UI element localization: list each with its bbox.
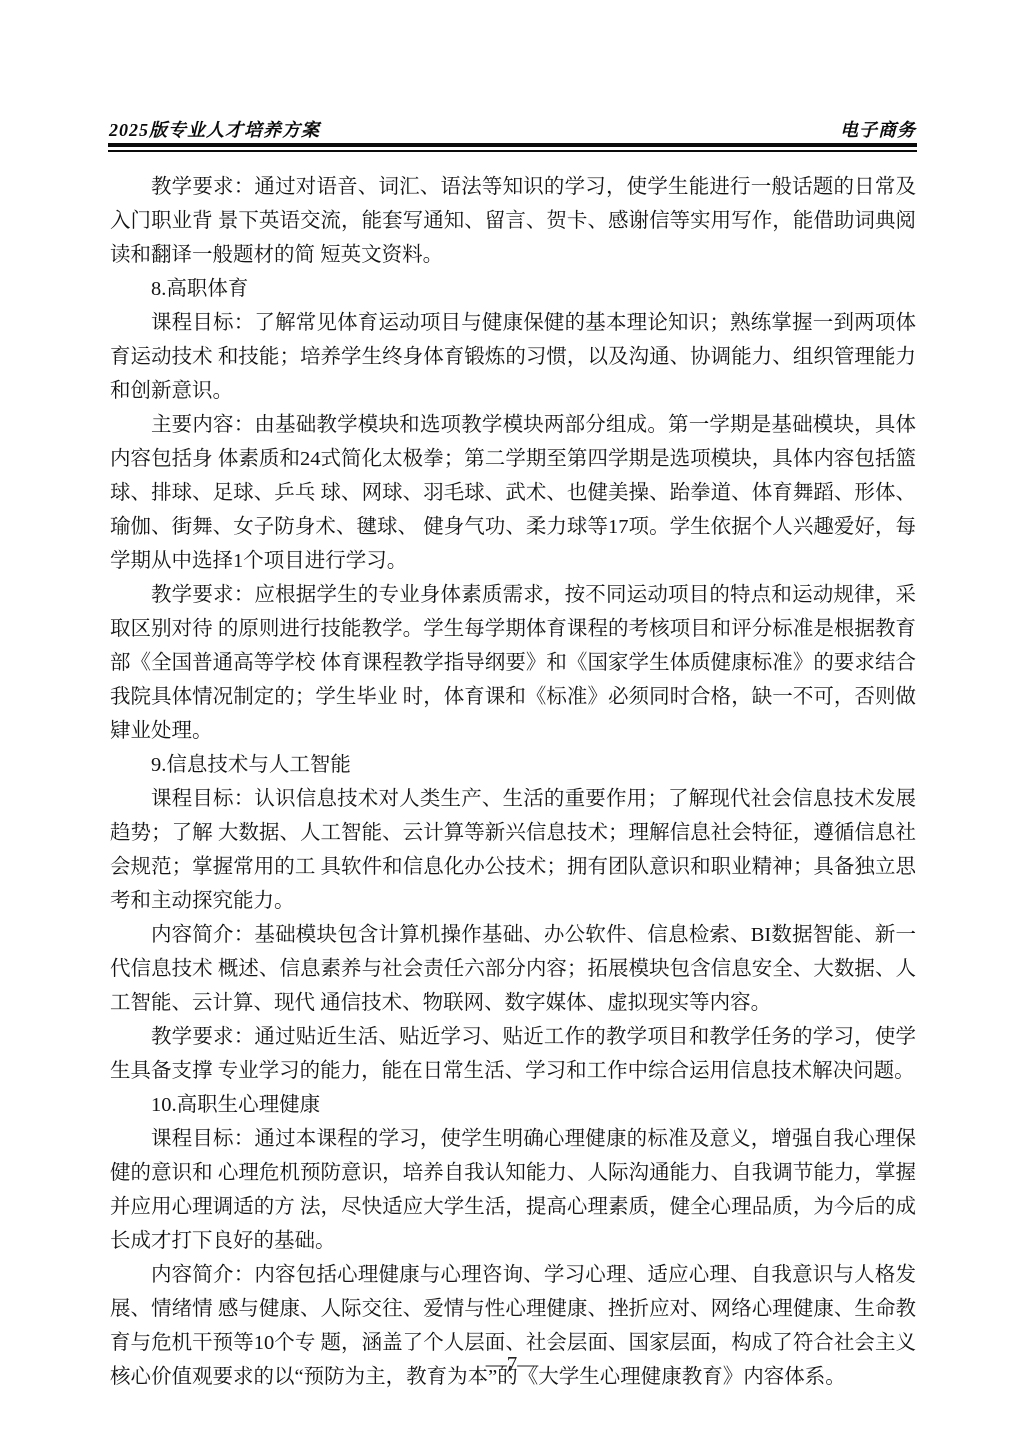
paragraph: 课程目标：了解常见体育运动项目与健康保健的基本理论知识；熟练掌握一到两项体育运动… — [110, 306, 916, 408]
document-body: 教学要求：通过对语音、词汇、语法等知识的学习，使学生能进行一般话题的日常及入门职… — [110, 170, 916, 1394]
section-heading: 10.高职生心理健康 — [110, 1088, 916, 1122]
paragraph: 课程目标：认识信息技术对人类生产、生活的重要作用；了解现代社会信息技术发展趋势；… — [110, 782, 916, 918]
page-number: —7— — [486, 1352, 539, 1376]
header-divider — [108, 143, 917, 152]
paragraph: 主要内容：由基础教学模块和选项教学模块两部分组成。第一学期是基础模块，具体内容包… — [110, 408, 916, 578]
paragraph: 教学要求：应根据学生的专业身体素质需求，按不同运动项目的特点和运动规律，采取区别… — [110, 578, 916, 748]
section-heading: 8.高职体育 — [110, 272, 916, 306]
page-header: 2025版专业人才培养方案 电子商务 — [109, 116, 916, 142]
section-heading: 9.信息技术与人工智能 — [110, 748, 916, 782]
document-page: 2025版专业人才培养方案 电子商务 教学要求：通过对语音、词汇、语法等知识的学… — [0, 0, 1024, 1448]
page-footer: —7— — [0, 1352, 1024, 1377]
paragraph: 内容简介：基础模块包含计算机操作基础、办公软件、信息检索、BI数据智能、新一代信… — [110, 918, 916, 1020]
paragraph: 教学要求：通过对语音、词汇、语法等知识的学习，使学生能进行一般话题的日常及入门职… — [110, 170, 916, 272]
paragraph: 教学要求：通过贴近生活、贴近学习、贴近工作的教学项目和教学任务的学习，使学生具备… — [110, 1020, 916, 1088]
header-title-right: 电子商务 — [840, 116, 916, 142]
header-title-left: 2025版专业人才培养方案 — [109, 116, 320, 142]
paragraph: 课程目标：通过本课程的学习，使学生明确心理健康的标准及意义，增强自我心理保健的意… — [110, 1122, 916, 1258]
